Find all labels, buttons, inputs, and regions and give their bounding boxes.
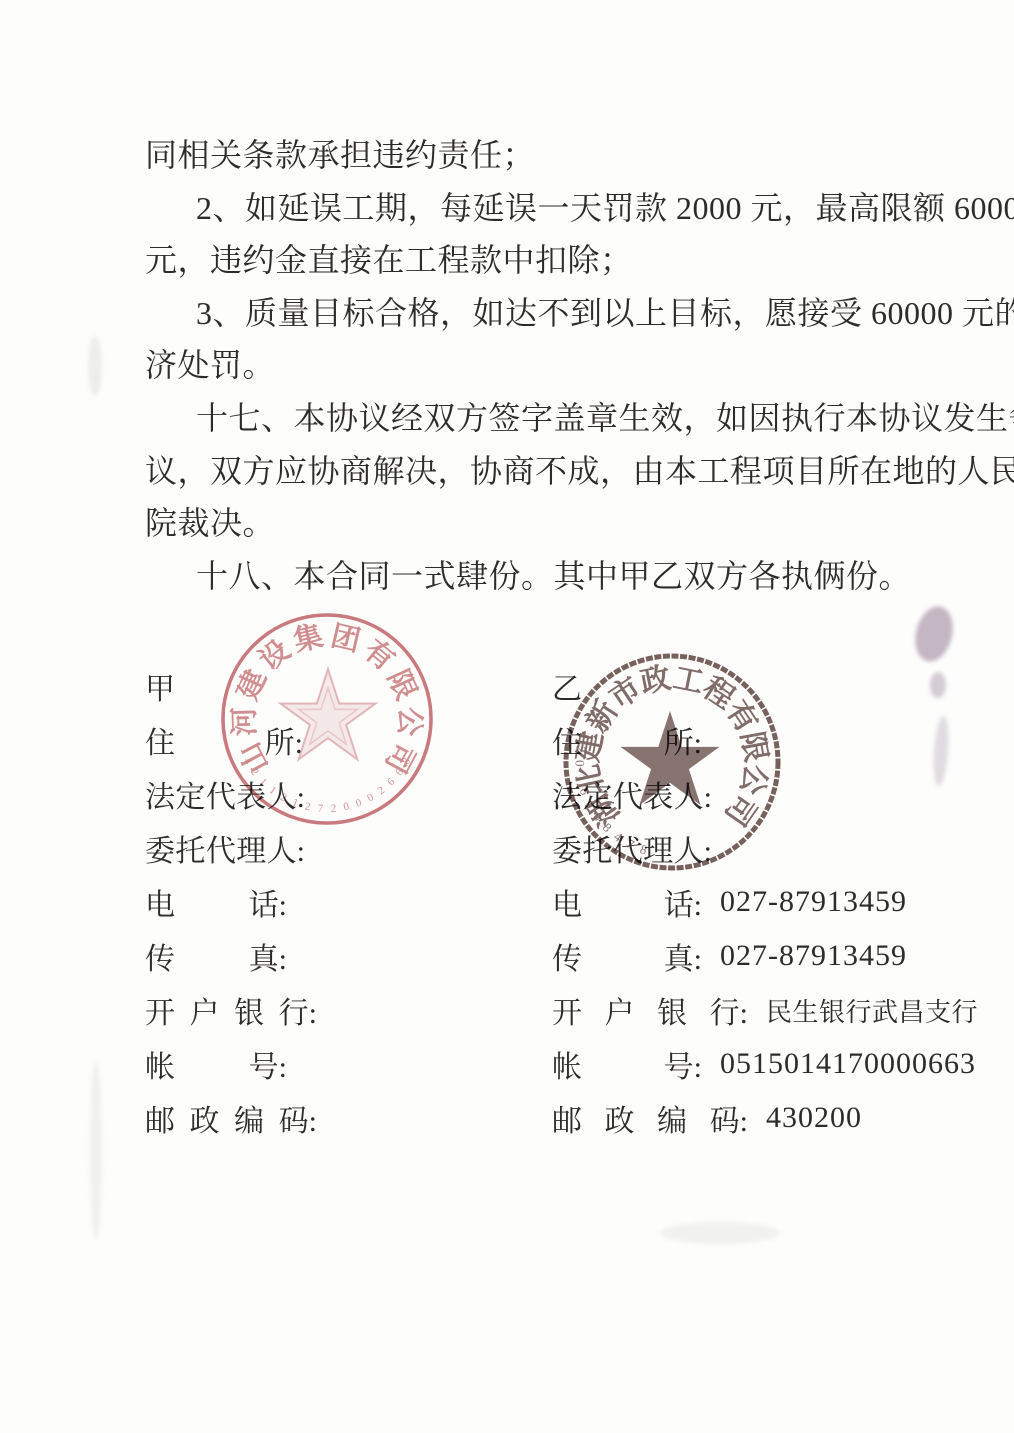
signature-row: 邮政编码:430200 xyxy=(552,1091,992,1145)
body-line: 院裁决。 xyxy=(145,497,877,550)
signature-row: 法定代表人: xyxy=(552,767,992,821)
field-label: 电话: xyxy=(552,880,702,924)
field-value: 027-87913459 xyxy=(720,939,907,973)
field-label: 法定代表人: xyxy=(145,772,305,816)
body-line: 2、如延误工期，每延误一天罚款 2000 元，最高限额 60000 xyxy=(145,182,877,235)
field-label: 开户银行: xyxy=(552,988,748,1032)
body-line: 十八、本合同一式肆份。其中甲乙双方各执俩份。 xyxy=(145,550,877,603)
field-label: 法定代表人: xyxy=(552,772,712,816)
signature-row: 住所: xyxy=(552,713,992,767)
signature-row: 传真:027-87913459 xyxy=(552,929,992,983)
scan-edge-artifact xyxy=(90,1060,102,1240)
field-label: 开户银行: xyxy=(145,988,317,1032)
party-b-signature-block: 乙住所:法定代表人:委托代理人:电话:027-87913459传真:027-87… xyxy=(552,659,992,1145)
signature-row: 传真: xyxy=(145,929,585,983)
body-line: 3、质量目标合格，如达不到以上目标，愿接受 60000 元的经 xyxy=(145,287,877,340)
field-value: 0515014170000663 xyxy=(720,1047,976,1081)
field-label: 传真: xyxy=(552,934,702,978)
signature-row: 开户银行:民生银行武昌支行 xyxy=(552,983,992,1037)
field-value: 027-87913459 xyxy=(720,885,907,919)
body-line: 同相关条款承担违约责任； xyxy=(145,129,877,182)
contract-clauses: 同相关条款承担违约责任；2、如延误工期，每延误一天罚款 2000 元，最高限额 … xyxy=(145,129,877,602)
signature-row: 开户银行: xyxy=(145,983,585,1037)
svg-text:团: 团 xyxy=(328,619,364,658)
signature-row: 电话:027-87913459 xyxy=(552,875,992,929)
scan-shadow-artifact xyxy=(660,1222,780,1244)
field-label: 邮政编码: xyxy=(552,1096,748,1140)
signature-row: 甲 xyxy=(145,659,585,713)
signature-row: 帐号:0515014170000663 xyxy=(552,1037,992,1091)
field-value: 民生银行武昌支行 xyxy=(766,992,978,1029)
signature-row: 委托代理人: xyxy=(552,821,992,875)
signature-row: 法定代表人: xyxy=(145,767,585,821)
field-value: 430200 xyxy=(766,1101,862,1135)
field-label: 委托代理人: xyxy=(145,826,305,870)
field-label: 甲 xyxy=(145,664,175,708)
field-label: 住所: xyxy=(145,718,303,762)
party-a-signature-block: 甲住所:法定代表人:委托代理人:电话:传真:开户银行:帐号:邮政编码: xyxy=(145,659,585,1145)
signature-row: 委托代理人: xyxy=(145,821,585,875)
signature-row: 帐号: xyxy=(145,1037,585,1091)
margin-ink-smudge xyxy=(910,602,958,665)
signature-row: 邮政编码: xyxy=(145,1091,585,1145)
body-line: 济处罚。 xyxy=(145,339,877,392)
field-label: 帐号: xyxy=(145,1042,287,1086)
signature-row: 住所: xyxy=(145,713,585,767)
field-label: 帐号: xyxy=(552,1042,702,1086)
field-label: 委托代理人: xyxy=(552,826,712,870)
field-label: 乙 xyxy=(552,664,582,708)
scan-edge-artifact xyxy=(88,336,102,396)
field-label: 住所: xyxy=(552,718,702,762)
field-label: 电话: xyxy=(145,880,287,924)
signature-row: 电话: xyxy=(145,875,585,929)
body-line: 元，违约金直接在工程款中扣除； xyxy=(145,234,877,287)
body-line: 议，双方应协商解决，协商不成，由本工程项目所在地的人民法 xyxy=(145,445,877,498)
svg-text:集: 集 xyxy=(290,618,326,658)
contract-page: 同相关条款承担违约责任；2、如延误工期，每延误一天罚款 2000 元，最高限额 … xyxy=(0,0,1014,1433)
body-line: 十七、本协议经双方签字盖章生效，如因执行本协议发生争 xyxy=(145,392,877,445)
field-label: 传真: xyxy=(145,934,287,978)
field-label: 邮政编码: xyxy=(145,1096,317,1140)
signature-row: 乙 xyxy=(552,659,992,713)
